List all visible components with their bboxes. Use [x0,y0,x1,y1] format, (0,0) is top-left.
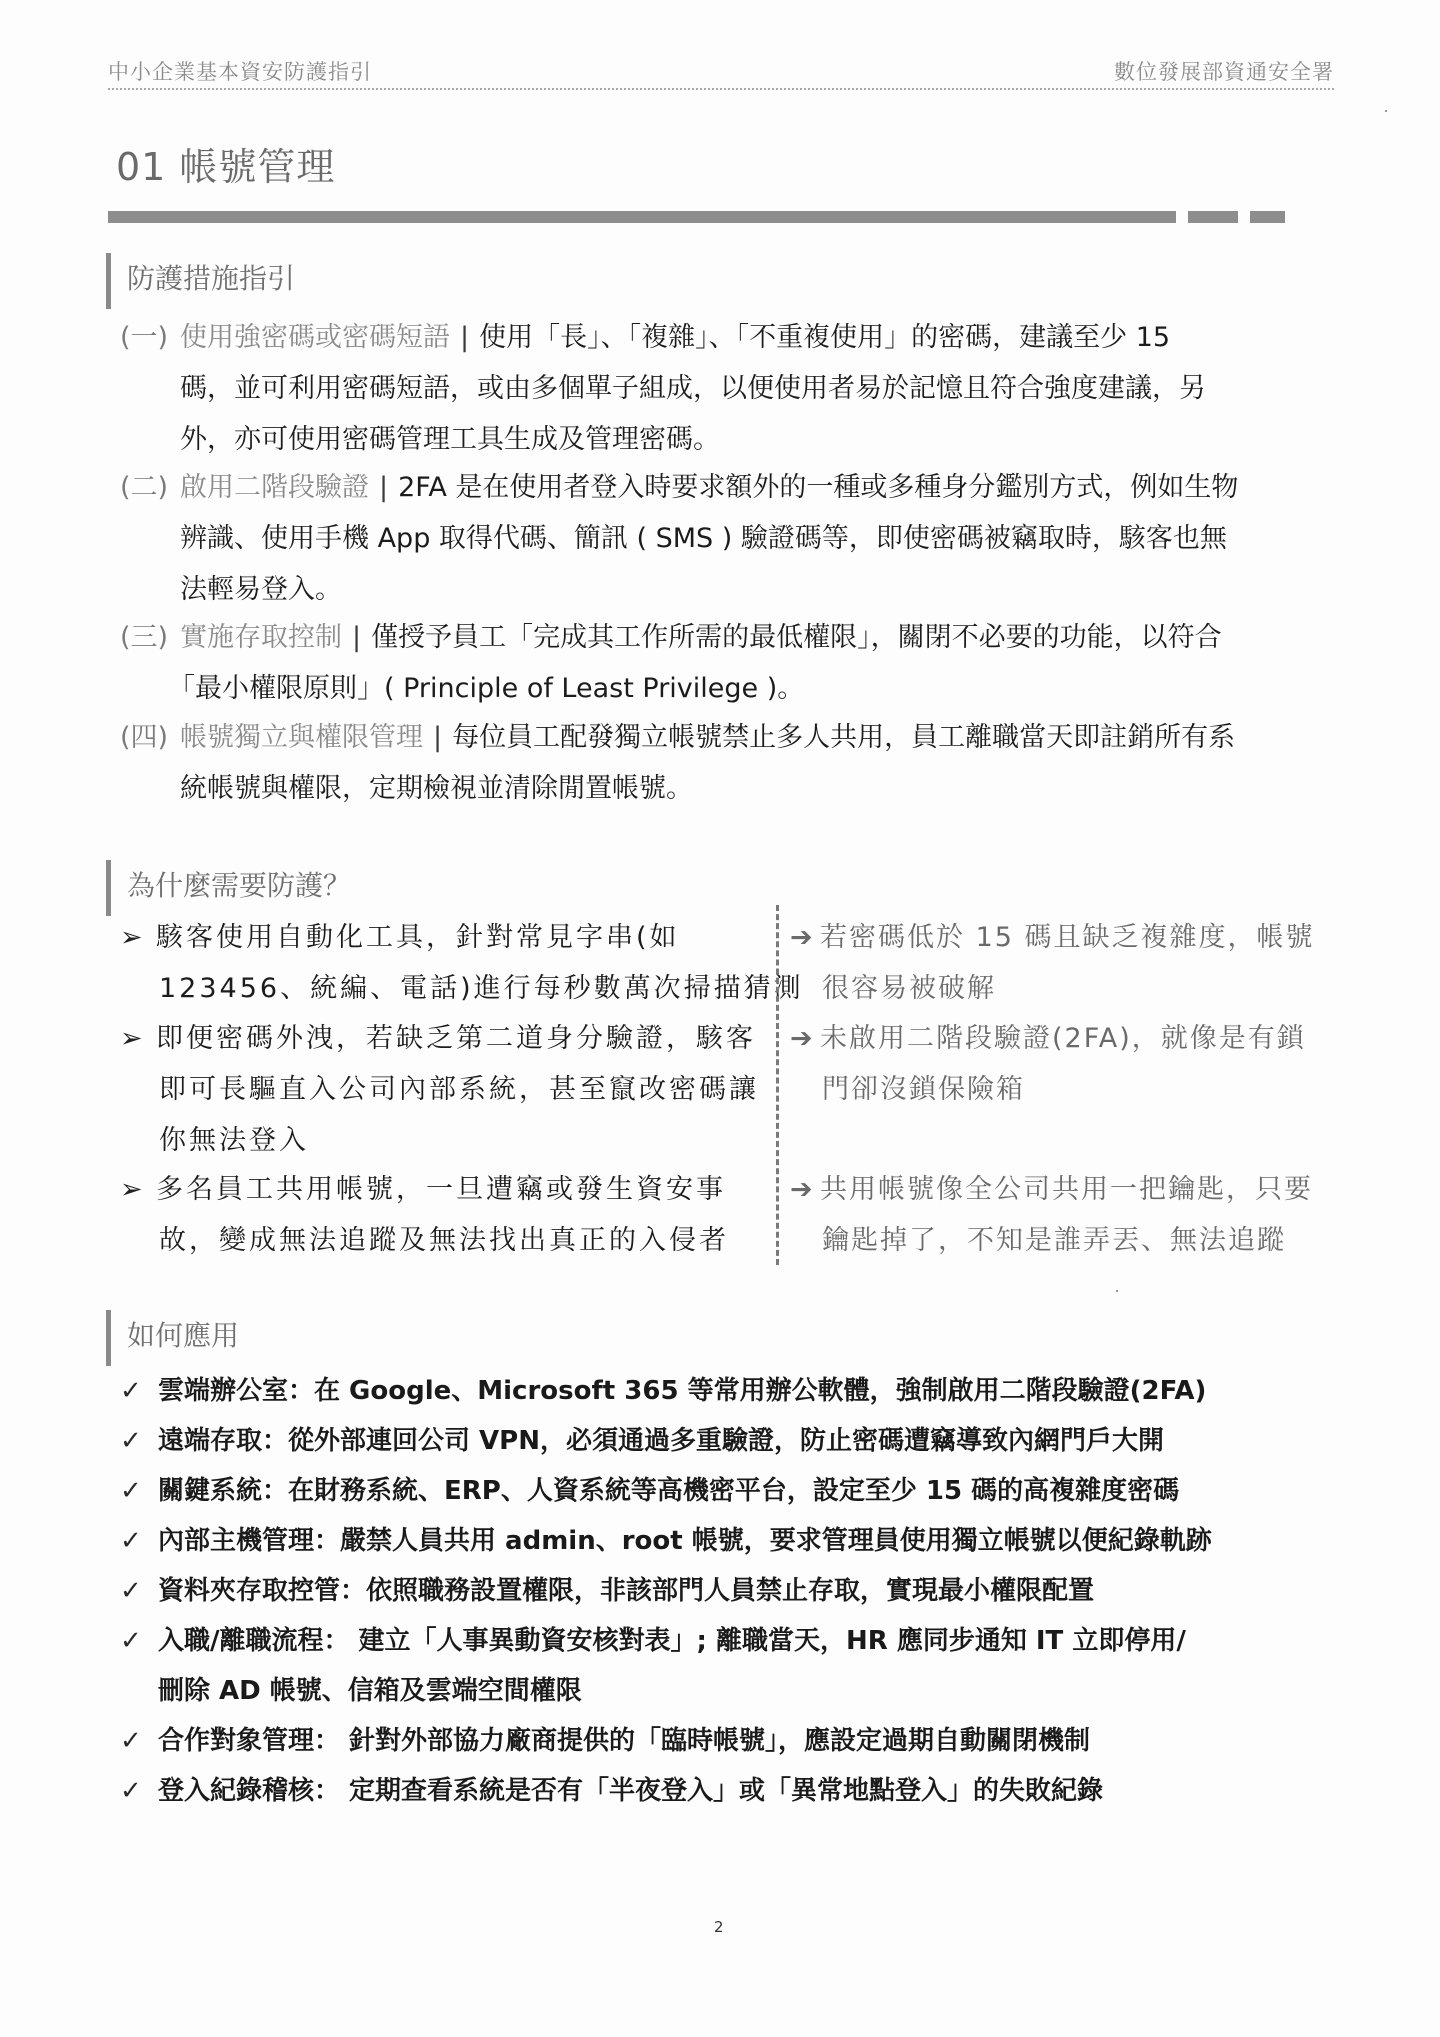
checkmark-icon: ✓ [120,1516,158,1566]
consequence-text: 鑰匙掉了，不知是誰弄丟、無法追蹤 [790,1215,1313,1266]
right-arrow-icon: ➔ [790,1013,820,1064]
right-arrow-icon: ➔ [790,1164,820,1215]
risk-text: 即便密碼外洩，若缺乏第二道身分驗證，駭客 [156,1023,756,1054]
document-header-title: 中小企業基本資安防護指引 [108,56,372,86]
consequence-text: 很容易被破解 [790,963,1315,1014]
risk-text: 即可長驅直入公司內部系統，甚至竄改密碼讓 [120,1064,759,1115]
arrowhead-bullet-icon: ➢ [120,1164,156,1215]
checklist-item: ✓合作對象管理： 針對外部協力廠商提供的「臨時帳號」，應設定過期自動關閉機制 [120,1716,1090,1766]
scan-speck [1116,1290,1118,1292]
checklist-item: ✓入職/離職流程： 建立「人事異動資安核對表」; 離職當天，HR 應同步通知 I… [120,1616,1186,1716]
risk-text: 多名員工共用帳號，一旦遭竊或發生資安事 [156,1174,726,1205]
item-label: 啟用二階段驗證 [180,462,369,513]
consequence-column: ➔若密碼低於 15 碼且缺乏複雜度，帳號 很容易被破解 ➔未啟用二階段驗證(2F… [790,912,1350,1272]
item-text: 法輕易登入。 [120,564,1330,615]
checkmark-icon: ✓ [120,1766,158,1816]
item-text: 統帳號與權限，定期檢視並清除閒置帳號。 [120,763,1330,814]
item-text: 碼，並可利用密碼短語，或由多個單子組成，以便使用者易於記憶且符合強度建議，另 [120,363,1330,414]
checkmark-icon: ✓ [120,1616,158,1666]
item-number: (一) [120,312,180,363]
checklist-item: ✓雲端辦公室：在 Google、Microsoft 365 等常用辦公軟體，強制… [120,1366,1206,1416]
guidance-item-4: (四) 帳號獨立與權限管理 | 每位員工配發獨立帳號禁止多人共用，員工離職當天即… [120,712,1330,814]
item-label: 實施存取控制 [180,612,342,663]
checkmark-icon: ✓ [120,1716,158,1766]
item-text: 僅授予員工「完成其工作所需的最低權限」，關閉不必要的功能，以符合 [371,612,1222,663]
checklist-item: ✓登入紀錄稽核： 定期查看系統是否有「半夜登入」或「異常地點登入」的失敗紀錄 [120,1766,1103,1816]
item-text: 「最小權限原則」( Principle of Least Privilege )… [120,663,1330,714]
risk-text: 你無法登入 [120,1115,759,1166]
risk-item-1: ➢駭客使用自動化工具，針對常見字串(如 123456、統編、電話)進行每秒數萬次… [120,912,804,1014]
item-text: 每位員工配發獨立帳號禁止多人共用，員工離職當天即註銷所有系 [452,712,1235,763]
checklist-text: 合作對象管理： 針對外部協力廠商提供的「臨時帳號」，應設定過期自動關閉機制 [158,1726,1090,1756]
checkmark-icon: ✓ [120,1566,158,1616]
item-number: (四) [120,712,180,763]
item-label: 帳號獨立與權限管理 [180,712,423,763]
item-label: 使用強密碼或密碼短語 [180,312,450,363]
guidance-item-1: (一) 使用強密碼或密碼短語 | 使用「長」、「複雜」、「不重複使用」的密碼，建… [120,312,1330,465]
arrowhead-bullet-icon: ➢ [120,1013,156,1064]
checkmark-icon: ✓ [120,1466,158,1516]
checklist-text: 資料夾存取控管：依照職務設置權限，非該部門人員禁止存取，實現最小權限配置 [158,1576,1094,1606]
separator: | [460,312,469,363]
checkmark-icon: ✓ [120,1416,158,1466]
arrowhead-bullet-icon: ➢ [120,912,156,963]
item-text: 使用「長」、「複雜」、「不重複使用」的密碼，建議至少 15 [479,312,1170,363]
checklist-text: 內部主機管理：嚴禁人員共用 admin、root 帳號，要求管理員使用獨立帳號以… [158,1526,1212,1556]
checklist-item: ✓內部主機管理：嚴禁人員共用 admin、root 帳號，要求管理員使用獨立帳號… [120,1516,1212,1566]
risk-text: 123456、統編、電話)進行每秒數萬次掃描猜測 [120,963,804,1014]
risk-text: 駭客使用自動化工具，針對常見字串(如 [156,922,680,953]
checklist-item: ✓資料夾存取控管：依照職務設置權限，非該部門人員禁止存取，實現最小權限配置 [120,1566,1094,1616]
checklist-text: 關鍵系統：在財務系統、ERP、人資系統等高機密平台，設定至少 15 碼的高複雜度… [158,1476,1179,1506]
guidance-item-2: (二) 啟用二階段驗證 | 2FA 是在使用者登入時要求額外的一種或多種身分鑑別… [120,462,1330,615]
consequence-text: 門卻沒鎖保險箱 [790,1064,1306,1115]
item-number: (三) [120,612,180,663]
checklist-text: 刪除 AD 帳號、信箱及雲端空間權限 [120,1666,1186,1716]
item-text: 2FA 是在使用者登入時要求額外的一種或多種身分鑑別方式，例如生物 [398,462,1238,513]
consequence-item-2: ➔未啟用二階段驗證(2FA)，就像是有鎖 門卻沒鎖保險箱 [790,1013,1306,1115]
guidance-item-3: (三) 實施存取控制 | 僅授予員工「完成其工作所需的最低權限」，關閉不必要的功… [120,612,1330,714]
column-divider [776,905,779,1265]
section-heading-apply: 如何應用 [106,1310,239,1366]
risk-item-3: ➢多名員工共用帳號，一旦遭竊或發生資安事 故，變成無法追蹤及無法找出真正的入侵者 [120,1164,729,1266]
header-divider [108,88,1334,90]
checklist-item: ✓遠端存取：從外部連回公司 VPN，必須通過多重驗證，防止密碼遭竊導致內網門戶大… [120,1416,1164,1466]
checklist-item: ✓關鍵系統：在財務系統、ERP、人資系統等高機密平台，設定至少 15 碼的高複雜… [120,1466,1179,1516]
separator: | [352,612,361,663]
consequence-text: 若密碼低於 15 碼且缺乏複雜度，帳號 [820,922,1315,953]
right-arrow-icon: ➔ [790,912,820,963]
consequence-item-1: ➔若密碼低於 15 碼且缺乏複雜度，帳號 很容易被破解 [790,912,1315,1014]
page-title: 01 帳號管理 [116,136,335,191]
item-number: (二) [120,462,180,513]
title-underline-segment [1250,211,1285,223]
checklist-text: 雲端辦公室：在 Google、Microsoft 365 等常用辦公軟體，強制啟… [158,1376,1206,1406]
risk-column: ➢駭客使用自動化工具，針對常見字串(如 123456、統編、電話)進行每秒數萬次… [120,912,760,1272]
page-number: 2 [714,1918,724,1936]
section-heading-why: 為什麼需要防護？ [106,860,351,916]
consequence-item-3: ➔共用帳號像全公司共用一把鑰匙，只要 鑰匙掉了，不知是誰弄丟、無法追蹤 [790,1164,1313,1266]
section-heading-guidance: 防護措施指引 [106,253,295,309]
document-header-agency: 數位發展部資通安全署 [1114,56,1334,86]
item-text: 辨識、使用手機 App 取得代碼、簡訊 ( SMS ) 驗證碼等，即使密碼被竊取… [120,513,1330,564]
checklist-text: 入職/離職流程： 建立「人事異動資安核對表」; 離職當天，HR 應同步通知 IT… [158,1626,1186,1656]
apply-checklist: ✓雲端辦公室：在 Google、Microsoft 365 等常用辦公軟體，強制… [120,1366,1340,1826]
risk-text: 故，變成無法追蹤及無法找出真正的入侵者 [120,1215,729,1266]
title-underline-segment [1188,211,1238,223]
consequence-text: 未啟用二階段驗證(2FA)，就像是有鎖 [820,1023,1306,1054]
item-text: 外，亦可使用密碼管理工具生成及管理密碼。 [120,414,1330,465]
title-underline-bar [108,211,1176,223]
checklist-text: 登入紀錄稽核： 定期查看系統是否有「半夜登入」或「異常地點登入」的失敗紀錄 [158,1776,1103,1806]
risk-item-2: ➢即便密碼外洩，若缺乏第二道身分驗證，駭客 即可長驅直入公司內部系統，甚至竄改密… [120,1013,759,1166]
checklist-text: 遠端存取：從外部連回公司 VPN，必須通過多重驗證，防止密碼遭竊導致內網門戶大開 [158,1426,1164,1456]
separator: | [433,712,442,763]
separator: | [379,462,388,513]
consequence-text: 共用帳號像全公司共用一把鑰匙，只要 [820,1174,1313,1205]
checkmark-icon: ✓ [120,1366,158,1416]
scan-speck [1385,110,1387,112]
